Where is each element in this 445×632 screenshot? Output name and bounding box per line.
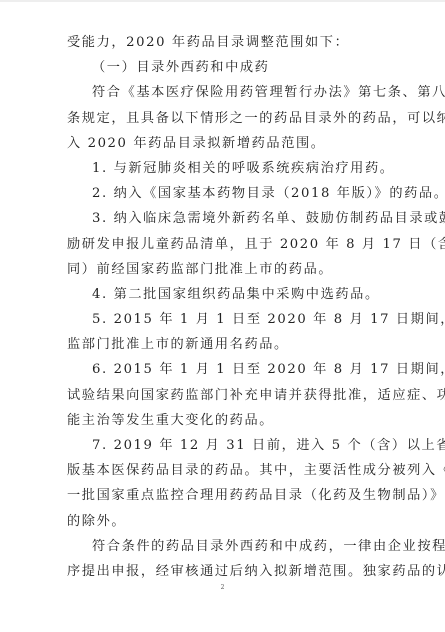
list-item-4: 4. 第二批国家组织药品集中采购中选药品。 [67, 282, 379, 307]
paragraph-line: 符合条件的药品目录外西药和中成药，一律由企业按程 [67, 534, 379, 559]
page-top-edge [0, 0, 445, 2]
list-item-3: 3. 纳入临床急需境外新药名单、鼓励仿制药品目录或鼓 [67, 206, 379, 231]
paragraph-line-intro: 受能力，2020 年药品目录调整范围如下： [67, 30, 379, 55]
paragraph-line: 符合《基本医疗保险用药管理暂行办法》第七条、第八 [67, 80, 379, 105]
list-item-1: 1. 与新冠肺炎相关的呼吸系统疾病治疗用药。 [67, 156, 379, 181]
list-item-5: 5. 2015 年 1 月 1 日至 2020 年 8 月 17 日期间，经国家… [67, 307, 379, 332]
list-item-5-cont: 监部门批准上市的新通用名药品。 [67, 332, 379, 357]
list-item-3-cont: 同）前经国家药监部门批准上市的药品。 [67, 257, 379, 282]
list-item-6: 6. 2015 年 1 月 1 日至 2020 年 8 月 17 日期间，根据临… [67, 357, 379, 382]
page-number: 2 [0, 584, 445, 591]
list-item-2: 2. 纳入《国家基本药物目录（2018 年版）》的药品。 [67, 181, 379, 206]
paragraph-line: 序提出申报，经审核通过后纳入拟新增范围。独家药品的认 [67, 559, 379, 584]
list-item-7-cont: 版基本医保药品目录的药品。其中，主要活性成分被列入《第 [67, 458, 379, 483]
paragraph-line: 条规定，且具备以下情形之一的药品目录外的药品，可以纳 [67, 106, 379, 131]
document-page: 受能力，2020 年药品目录调整范围如下： （一）目录外西药和中成药 符合《基本… [67, 30, 379, 584]
list-item-7: 7. 2019 年 12 月 31 日前，进入 5 个（含）以上省级最新 [67, 433, 379, 458]
list-item-7-cont: 一批国家重点监控合理用药药品目录（化药及生物制品）》 [67, 483, 379, 508]
list-item-3-cont: 励研发申报儿童药品清单，且于 2020 年 8 月 17 日（含，下 [67, 232, 379, 257]
section-heading: （一）目录外西药和中成药 [67, 55, 379, 80]
list-item-6-cont: 试验结果向国家药监部门补充申请并获得批准，适应症、功 [67, 383, 379, 408]
list-item-6-cont: 能主治等发生重大变化的药品。 [67, 408, 379, 433]
paragraph-line: 入 2020 年药品目录拟新增药品范围。 [67, 131, 379, 156]
list-item-7-cont: 的除外。 [67, 509, 379, 534]
